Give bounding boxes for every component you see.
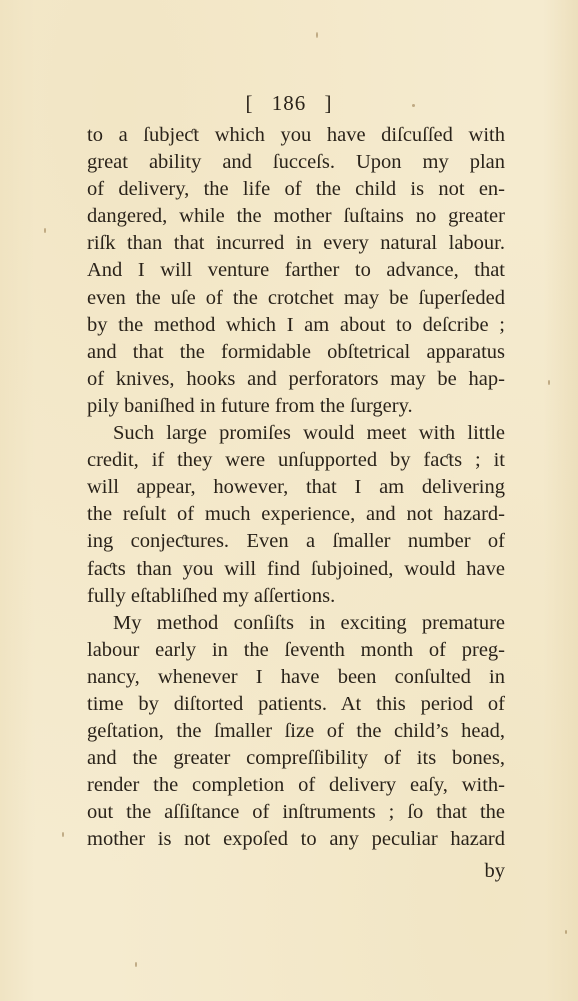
text-line: ing conjeƈtures. Even a ſmaller number o… <box>87 528 505 555</box>
text-line: time by diſtorted patients. At this peri… <box>87 691 505 718</box>
text-line: mother is not expoſed to any peculiar ha… <box>87 826 505 853</box>
catchword: by <box>87 860 505 883</box>
text-line: dangered, while the mother ſuſtains no g… <box>87 203 505 230</box>
paper-speck <box>135 962 137 967</box>
paper-speck <box>565 930 567 934</box>
book-page: [ 186 ] to a ſubjeƈt which you have diſc… <box>0 0 578 1001</box>
text-line: labour early in the ſeventh month of pre… <box>87 637 505 664</box>
text-line: riſk than that incurred in every natural… <box>87 230 505 257</box>
page-header: [ 186 ] <box>0 91 578 116</box>
text-line: geſtation, the ſmaller ſize of the child… <box>87 718 505 745</box>
text-line: of knives, hooks and perforators may be … <box>87 366 505 393</box>
text-line: render the completion of delivery eaſy, … <box>87 772 505 799</box>
paper-speck <box>44 228 46 233</box>
bracket-left: [ <box>246 91 254 116</box>
paper-speck <box>62 832 64 837</box>
text-line: to a ſubjeƈt which you have diſcuſſed wi… <box>87 122 505 149</box>
text-line: the reſult of much experience, and not h… <box>87 501 505 528</box>
text-line: My method conſiſts in exciting premature <box>87 610 505 637</box>
text-line: Such large promiſes would meet with litt… <box>87 420 505 447</box>
text-line: of delivery, the life of the child is no… <box>87 176 505 203</box>
text-line: out the aſſiſtance of inſtruments ; ſo t… <box>87 799 505 826</box>
bracket-right: ] <box>325 91 333 116</box>
body-text: to a ſubjeƈt which you have diſcuſſed wi… <box>87 122 505 854</box>
text-line: by the method which I am about to deſcri… <box>87 312 505 339</box>
text-line: fully eſtabliſhed my aſſertions. <box>87 583 505 610</box>
text-line: pily baniſhed in future from the ſurgery… <box>87 393 505 420</box>
text-line: credit, if they were unſupported by faƈt… <box>87 447 505 474</box>
text-line: great ability and ſucceſs. Upon my plan <box>87 149 505 176</box>
paper-speck <box>548 380 550 385</box>
text-line: faƈts than you will find ſubjoined, woul… <box>87 556 505 583</box>
text-line: nancy, whenever I have been conſulted in <box>87 664 505 691</box>
paper-speck <box>412 104 415 107</box>
text-line: And I will venture farther to advance, t… <box>87 257 505 284</box>
page-number: 186 <box>272 91 307 115</box>
text-line: and that the formidable obſtetrical appa… <box>87 339 505 366</box>
paper-speck <box>316 32 318 38</box>
text-line: even the uſe of the crotchet may be ſupe… <box>87 285 505 312</box>
text-line: and the greater compreſſibility of its b… <box>87 745 505 772</box>
text-line: will appear, however, that I am deliveri… <box>87 474 505 501</box>
